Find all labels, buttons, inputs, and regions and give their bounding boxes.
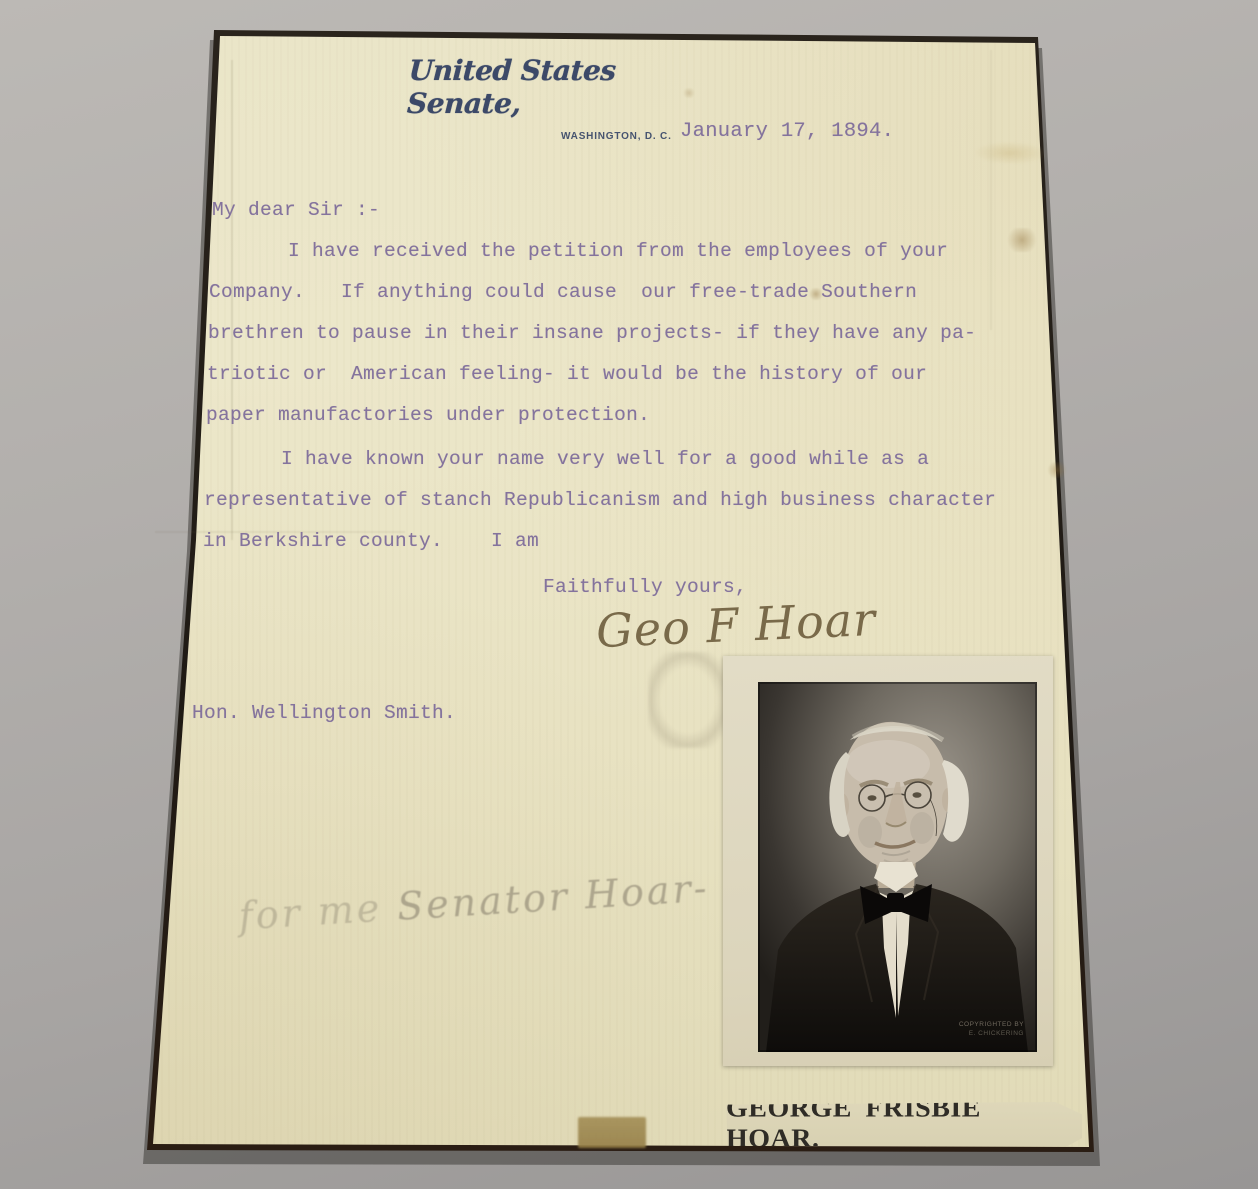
portrait-image: COPYRIGHTED BY E. CHICKERING bbox=[758, 682, 1037, 1052]
body-line: in Berkshire county. I am bbox=[203, 530, 539, 552]
body-line: representative of stanch Republicanism a… bbox=[204, 489, 996, 511]
letterhead-title: United States Senate, bbox=[406, 54, 709, 120]
photo-credit-line1: COPYRIGHTED BY bbox=[959, 1021, 1024, 1028]
letterhead-date: January 17, 1894. bbox=[680, 120, 894, 143]
crease-line bbox=[990, 50, 992, 330]
foxing-spot bbox=[1005, 228, 1039, 252]
body-line: triotic or American feeling- it would be… bbox=[207, 363, 927, 385]
pencil-inscription-prefix: for me bbox=[237, 885, 398, 939]
pencil-inscription-main: Senator Hoar- bbox=[396, 866, 711, 929]
body-line: brethren to pause in their insane projec… bbox=[208, 322, 976, 344]
closing-line: Faithfully yours, bbox=[543, 576, 747, 598]
foxing-spot bbox=[1046, 462, 1068, 478]
circular-stain bbox=[648, 652, 728, 748]
letterhead-place: WASHINGTON, D. C. bbox=[561, 131, 672, 142]
body-line: I have received the petition from the em… bbox=[288, 240, 948, 262]
photograph-of-letter: United States Senate, WASHINGTON, D. C. … bbox=[0, 0, 1258, 1189]
tape-stain bbox=[578, 1117, 646, 1148]
body-line: paper manufactories under protection. bbox=[206, 404, 650, 426]
salutation: My dear Sir :- bbox=[212, 199, 380, 221]
photo-credit-line2: E. CHICKERING bbox=[969, 1030, 1024, 1037]
stain-band bbox=[975, 141, 1045, 164]
portrait-photo: COPYRIGHTED BY E. CHICKERING bbox=[723, 656, 1053, 1066]
caption-strip: GEORGE FRISBIE HOAR. bbox=[726, 1102, 1082, 1146]
body-line: I have known your name very well for a g… bbox=[281, 448, 929, 470]
addressee-line: Hon. Wellington Smith. bbox=[192, 702, 456, 724]
body-line: Company. If anything could cause our fre… bbox=[209, 281, 917, 303]
